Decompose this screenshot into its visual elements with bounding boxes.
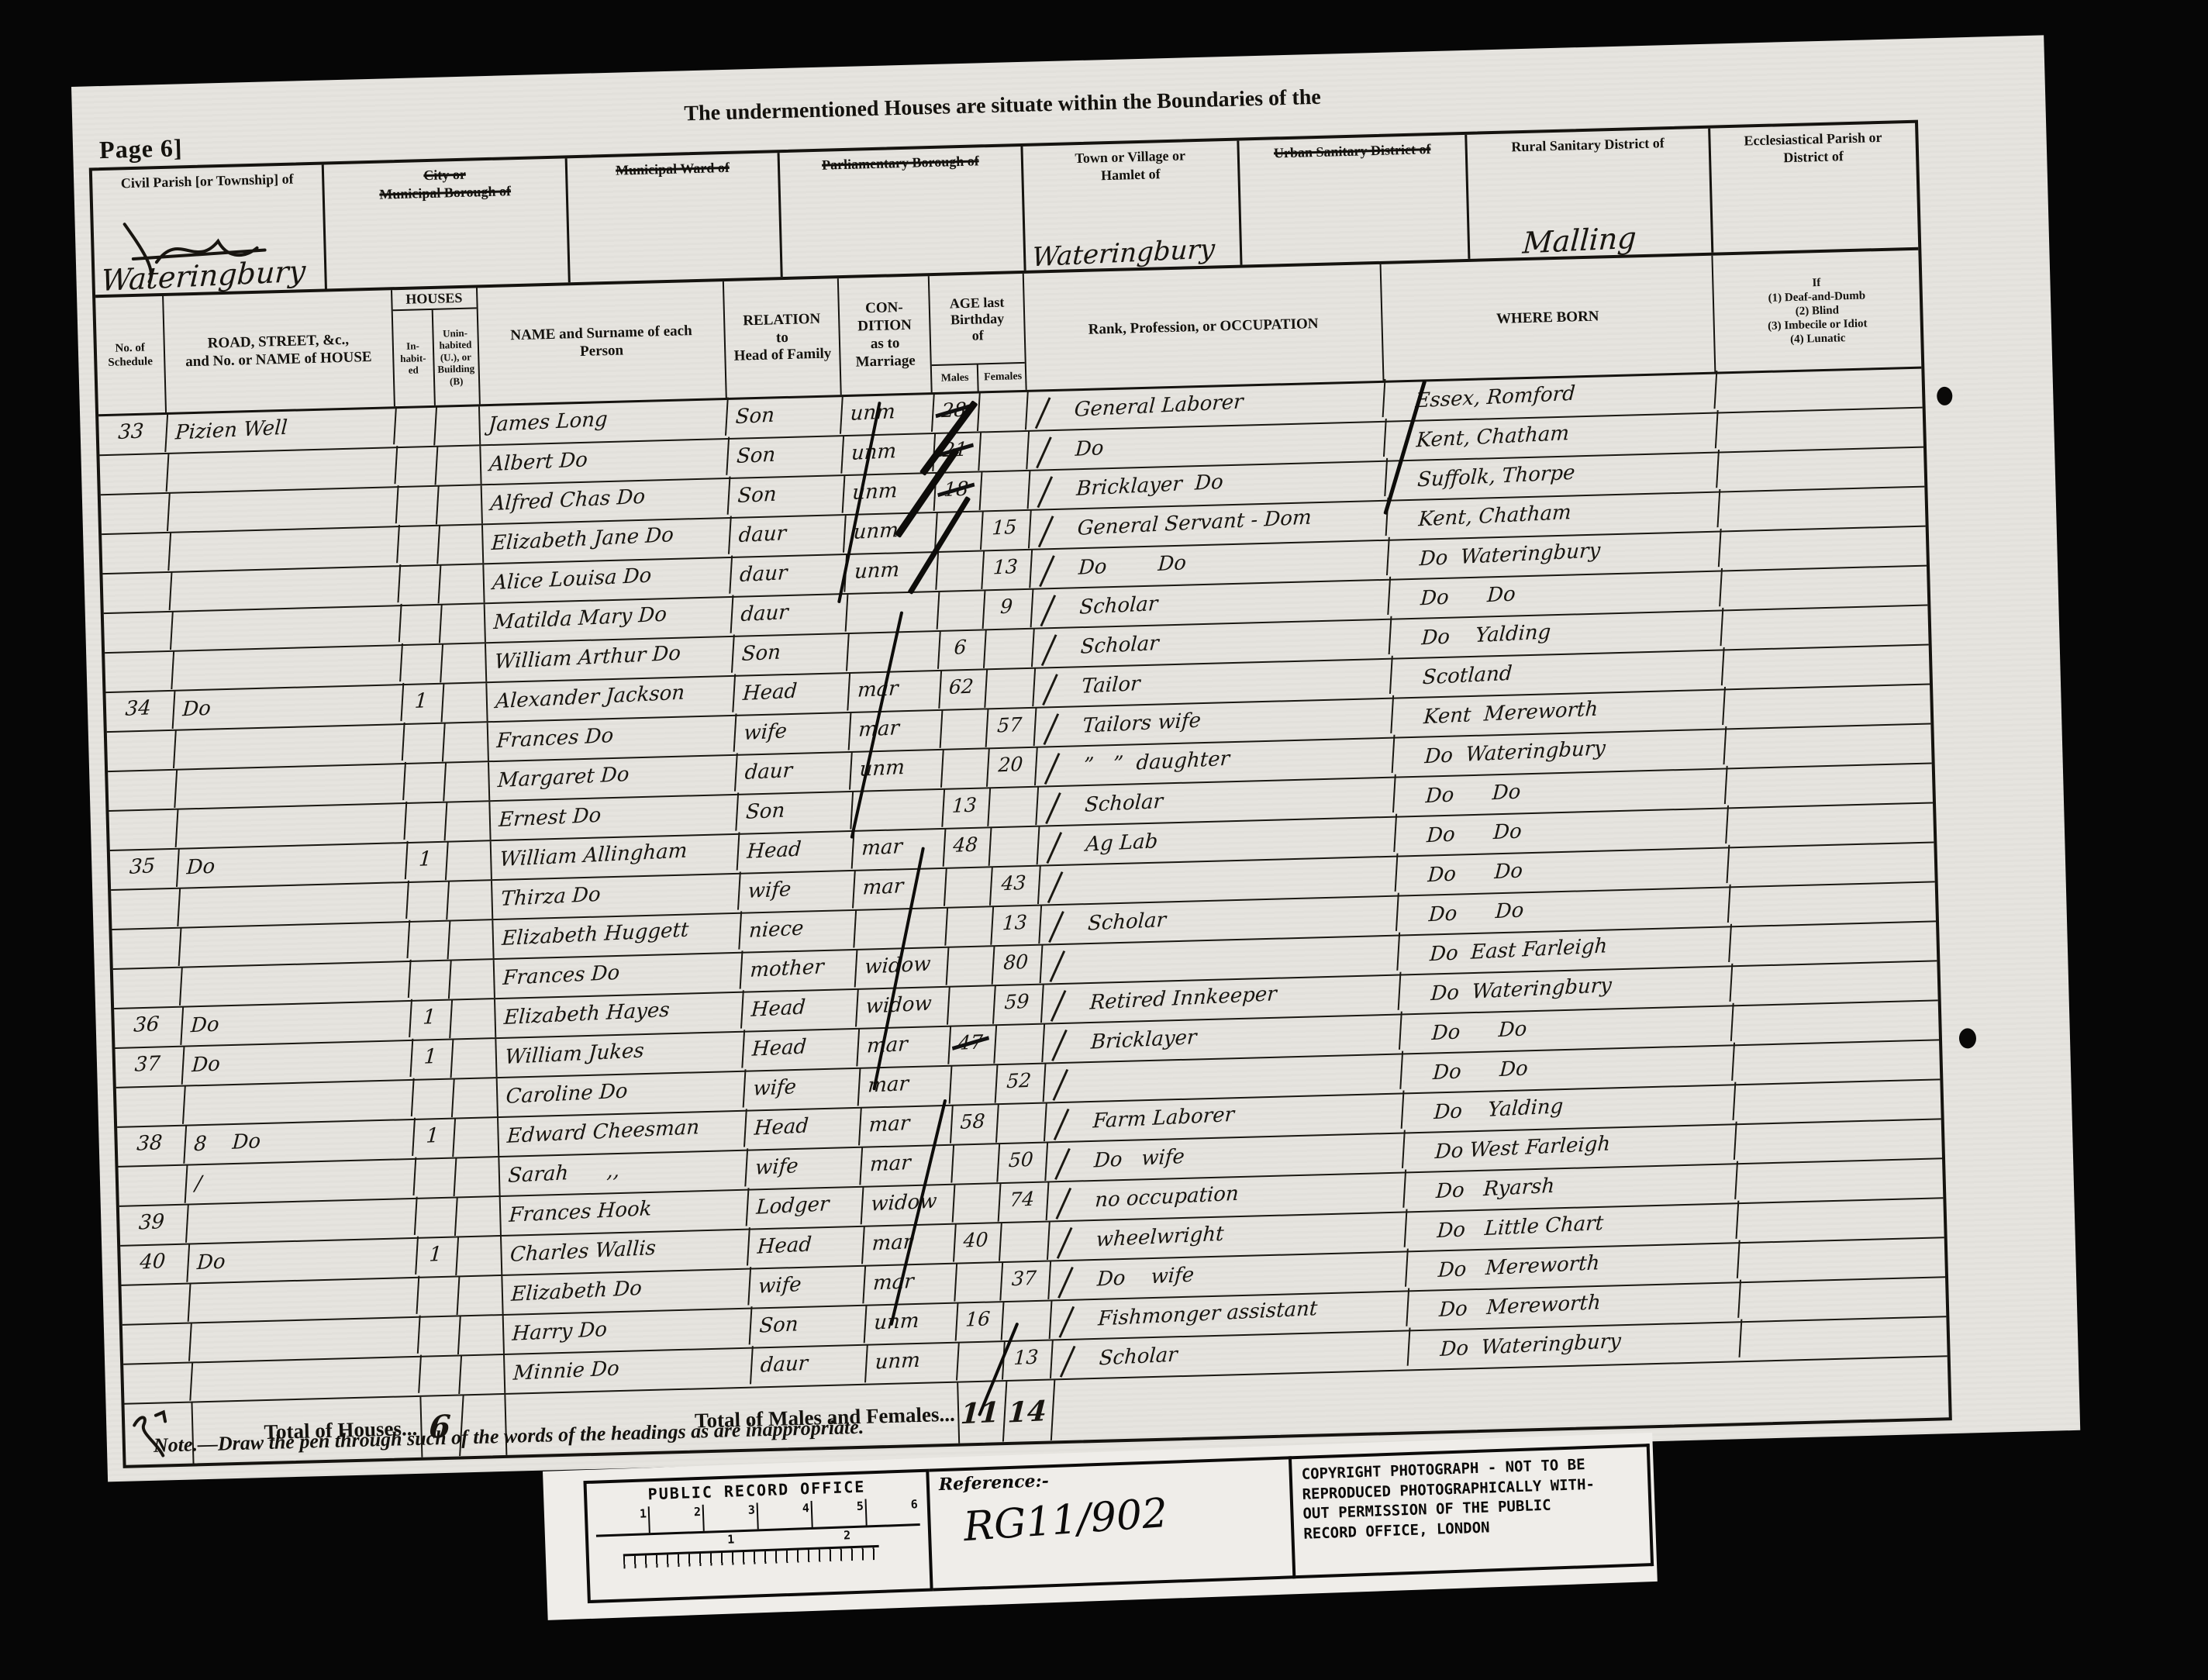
col-header-condition: CON- DITION as to Marriage [839,276,933,395]
condition-cell: mar [849,710,942,753]
field-value-handwriting: Malling [1522,219,1706,257]
houses-inhabited-cell [400,605,443,645]
age-males-cell [946,907,995,947]
infirmity-cell [1734,1040,1940,1084]
col-header-relation: RELATION to Head of Family [724,278,841,398]
houses-inhabited-cell: 1 [411,1040,454,1080]
age-males-cell: 58 [950,1104,999,1144]
age-females-cell: 52 [996,1064,1047,1104]
field-parliamentary-borough: Parliamentary Borough of [780,147,1026,277]
age-males-cell: 16 [956,1302,1005,1342]
col-header-males: Males [932,364,979,392]
col-header-uninhabited: Unin- habited (U.), or Building (B) [433,309,478,405]
houses-inhabited-cell [403,723,446,764]
schedule-number-cell [110,888,180,930]
houses-inhabited-cell [408,921,450,961]
schedule-number-cell [112,928,181,969]
schedule-number-cell [106,730,176,771]
age-males-cell [935,512,984,552]
stamp-office-box: PUBLIC RECORD OFFICE 1 2 3 4 5 6 1 2 [583,1469,933,1603]
age-females-cell [981,471,1031,511]
enumerator-tick-mark [1044,753,1061,785]
houses-inhabited-cell [405,802,447,843]
houses-uninhabited-cell [461,1355,506,1394]
relation-cell: daur [730,514,846,557]
total-females-value: 14 [1004,1380,1055,1443]
col-header-inhabited: In- habit- ed [392,310,435,406]
age-males-cell [947,985,996,1026]
schedule-number-cell [102,572,172,613]
age-females-cell [985,668,1036,709]
age-males-cell [957,1341,1006,1382]
field-label: Town or Village or Hamlet of [1029,146,1231,186]
age-males-cell: 40 [954,1223,1002,1263]
ruler-cm-cell: 1 [595,1506,650,1534]
schedule-number-cell: 39 [119,1205,188,1246]
age-females-cell: 20 [988,747,1038,788]
age-females-cell: 50 [998,1143,1048,1183]
scanned-census-page: { "page": { "page_label": "Page 6]", "ti… [0,0,2208,1680]
condition-cell: mar [852,829,945,871]
col-header-name: NAME and Surname of each Person [478,281,728,404]
age-males-cell: 47 [949,1025,998,1065]
field-label: Civil Parish [or Township] of [98,170,316,193]
relation-cell: Head [743,1028,860,1071]
condition-cell: mar [864,1263,957,1306]
infirmity-cell [1716,369,1922,412]
ink-blob [1959,1028,1977,1049]
infirmity-cell [1728,843,1934,886]
houses-inhabited-cell: 1 [413,1119,456,1159]
schedule-number-cell [116,1086,185,1127]
condition-cell: mar [857,1026,950,1068]
houses-uninhabited-cell [441,643,487,682]
field-label: Parliamentary Borough of [786,151,1015,174]
age-males-cell [955,1262,1004,1302]
relation-cell: Son [728,435,844,478]
field-town-village: Town or Village or Hamlet of Wateringbur… [1023,141,1242,271]
ink-blob [1937,387,1953,406]
col-header-females: Females [978,364,1027,392]
houses-inhabited-cell [404,763,447,803]
ruler-cm-cell: 4 [758,1501,813,1529]
col-header-occupation: Rank, Profession, or OCCUPATION [1024,264,1384,390]
enumerator-tick-mark [1048,911,1064,943]
schedule-number-cell [101,533,171,574]
houses-uninhabited-cell [450,960,495,999]
census-table: Civil Parish [or Township] of Wateringbu… [89,120,1952,1468]
enumerator-tick-mark [1054,1109,1070,1140]
infirmity-cell [1719,488,1925,531]
relation-cell: wife [739,870,855,913]
infirmity-cell [1736,1119,1942,1163]
schedule-number-cell: 40 [119,1244,189,1285]
houses-uninhabited-cell [456,1197,502,1236]
relation-cell: niece [740,909,857,953]
schedule-number-cell: 35 [109,849,179,890]
schedule-number-cell [103,612,173,653]
houses-inhabited-cell [416,1198,458,1238]
infirmity-cell [1718,448,1924,492]
schedule-number-cell: 36 [113,1007,183,1048]
stamp-copyright-text: COPYRIGHT PHOTOGRAPH - NOT TO BE REPRODU… [1301,1454,1640,1545]
houses-uninhabited-cell [440,604,486,643]
schedule-number-cell [118,1165,188,1206]
infirmity-cell [1723,646,1930,689]
enumerator-tick-mark [1036,436,1052,468]
schedule-number-cell [121,1284,191,1325]
houses-inhabited-cell: 1 [410,1000,453,1040]
houses-uninhabited-cell [446,802,492,840]
age-females-cell [1002,1301,1053,1341]
age-females-cell: 15 [982,510,1032,550]
houses-uninhabited-cell [437,485,483,524]
age-males-cell: 48 [944,828,992,868]
enumerator-tick-mark [1040,595,1056,626]
houses-uninhabited-cell [454,1118,499,1157]
relation-cell: mother [741,949,857,992]
houses-uninhabited-cell [453,1078,499,1117]
enumerator-tick-mark [1049,950,1065,982]
age-males-cell [947,947,995,987]
houses-inhabited-cell [395,407,437,447]
schedule-number-cell: 33 [98,414,167,455]
enumerator-tick-mark [1041,634,1057,666]
age-females-cell [979,431,1030,471]
houses-inhabited-cell [398,526,440,566]
enumerator-tick-mark [1037,476,1053,508]
infirmity-cell [1730,882,1936,926]
ruler-cm-cell: 6 [866,1497,919,1525]
age-females-cell [997,1103,1047,1144]
relation-cell: wife [735,712,851,755]
enumerator-tick-mark [1039,555,1055,587]
schedule-number-cell [112,968,182,1009]
enumerator-tick-mark [1058,1306,1075,1338]
col-header-age-group: AGE last Birthday of Males Females [930,274,1027,392]
field-ecclesiastical-parish: Ecclesiastical Parish or District of [1710,123,1918,253]
age-males-cell [941,749,990,789]
age-females-cell: 74 [999,1182,1050,1223]
enumerator-tick-mark [1054,1148,1071,1180]
enumerator-tick-mark [1057,1267,1074,1299]
relation-cell: daur [731,554,847,597]
col-header-age: AGE last Birthday of [930,274,1025,364]
houses-inhabited-cell [401,644,443,685]
infirmity-cell [1724,685,1930,729]
age-females-cell: 57 [987,708,1037,748]
age-females-cell [988,787,1039,827]
age-males-cell: 13 [943,788,992,829]
houses-uninhabited-cell [447,841,492,880]
age-females-cell: 80 [993,945,1044,985]
col-header-road: ROAD, STREET, &c., and No. or NAME of HO… [164,290,395,412]
field-label: Urban Sanitary District of [1245,140,1458,163]
age-females-cell: 59 [994,985,1044,1025]
relation-cell: Son [737,791,854,834]
col-header-schedule: No. of Schedule [95,296,167,414]
condition-cell [846,592,939,634]
enumerator-tick-mark [1038,516,1054,547]
houses-inhabited-cell [397,486,440,526]
enumerator-tick-mark [1051,1030,1068,1061]
infirmity-cell [1740,1278,1946,1321]
census-rows: 33Pizien WellJames LongSonunm28General L… [98,369,1948,1405]
col-header-houses-group: HOUSES In- habit- ed Unin- habited (U.),… [392,288,481,406]
infirmity-cell [1717,409,1923,452]
infirmity-cell [1734,1080,1941,1123]
condition-cell: unm [841,394,934,436]
col-header-houses: HOUSES [392,288,477,311]
relation-cell: Head [734,672,850,716]
enumerator-tick-mark [1052,1069,1068,1101]
schedule-number-cell: 38 [116,1126,186,1167]
houses-uninhabited-cell [450,999,496,1038]
enumerator-tick-mark [1055,1188,1071,1219]
condition-cell: widow [857,986,950,1029]
relation-cell: Head [745,1107,861,1150]
enumerator-tick-mark [1051,990,1067,1022]
schedule-number-cell: 37 [115,1047,185,1088]
houses-uninhabited-cell [447,881,493,919]
enumerator-tick-mark [1057,1227,1073,1259]
houses-inhabited-cell [407,881,450,922]
houses-uninhabited-cell [458,1276,504,1315]
total-males-value: 11 [957,1381,1007,1444]
enumerator-tick-mark [1042,674,1058,705]
enumerator-tick-mark [1060,1346,1076,1378]
schedule-number-cell [109,809,178,850]
houses-inhabited-cell [414,1158,457,1199]
infirmity-cell [1720,527,1927,571]
age-females-cell [1000,1222,1051,1262]
houses-uninhabited-cell [457,1237,502,1275]
ecclesiastical-scrawl-handwriting [109,212,281,287]
field-value-handwriting: Wateringbury [1031,235,1234,271]
condition-cell: mar [854,868,947,911]
age-males-cell [952,1144,1001,1184]
relation-cell: daur [751,1344,868,1388]
ruler-cm-cell: 3 [704,1502,759,1530]
houses-inhabited-cell: 1 [402,684,444,724]
field-label: Ecclesiastical Parish or District of [1716,128,1910,167]
age-females-cell [978,392,1029,432]
relation-cell: Son [750,1305,867,1348]
houses-uninhabited-cell [443,683,488,722]
condition-cell: mar [861,1144,954,1187]
field-rural-sanitary: Rural Sanitary District of Malling [1467,129,1713,259]
relation-cell: Son [726,395,843,439]
age-females-cell: 13 [982,550,1033,590]
houses-inhabited-cell [417,1277,460,1317]
age-females-cell [995,1024,1045,1064]
ruler-in-number: 1 [727,1532,735,1546]
age-females-cell: 13 [992,906,1042,946]
age-females-cell: 13 [1003,1340,1054,1381]
houses-inhabited-cell [409,961,452,1001]
condition-cell [851,789,944,832]
relation-cell: wife [747,1147,863,1190]
field-label: Municipal Ward of [574,157,772,180]
age-males-cell [937,551,985,592]
condition-cell: mar [848,671,941,713]
relation-cell: Head [748,1226,864,1269]
houses-inhabited-cell [412,1079,455,1119]
field-urban-sanitary: Urban Sanitary District of [1239,135,1470,265]
houses-inhabited-cell: 1 [406,842,449,882]
field-municipal-borough: City or Municipal Borough of [324,158,571,288]
ruler-cm-cell: 5 [812,1499,868,1526]
infirmity-cell [1741,1317,1947,1361]
schedule-number-cell [107,770,177,811]
age-females-cell: 9 [984,589,1034,630]
houses-uninhabited-cell [443,723,489,761]
relation-cell: daur [732,593,848,636]
stamp-reference-box: Reference:- RG11/902 [929,1456,1295,1591]
houses-uninhabited-cell [455,1157,501,1196]
field-municipal-ward: Municipal Ward of [568,153,783,282]
schedule-number-cell [99,454,169,495]
age-males-cell: 6 [938,630,987,671]
houses-inhabited-cell [419,1316,461,1357]
enumerator-tick-mark [1043,713,1059,745]
schedule-number-cell [104,651,174,692]
ruler-in-number: 2 [844,1528,851,1542]
relation-cell: Head [742,988,858,1032]
age-males-cell [940,709,989,750]
age-females-cell [990,826,1040,867]
condition-cell: widow [861,1184,954,1226]
schedule-number-cell: 34 [105,691,175,732]
houses-uninhabited-cell [449,920,495,959]
age-males-cell [944,868,993,908]
field-label: Rural Sanitary District of [1473,133,1702,157]
stamp-copyright-box: COPYRIGHT PHOTOGRAPH - NOT TO BE REPRODU… [1292,1444,1654,1578]
houses-uninhabited-cell [444,762,490,801]
condition-cell [854,907,947,950]
houses-inhabited-cell [395,447,438,487]
stamp-reference-value-handwriting: RG11/902 [962,1482,1282,1551]
enumerator-tick-mark [1045,792,1061,824]
col-header-where-born: WHERE BORN [1381,256,1716,381]
col-header-infirmity: If (1) Deaf-and-Dumb (2) Blind (3) Imbec… [1713,250,1921,372]
condition-cell: unm [864,1302,957,1345]
infirmity-cell [1722,606,1928,650]
relation-cell: daur [736,751,852,795]
age-females-cell: 43 [991,866,1041,906]
infirmity-cell [1731,961,1937,1005]
age-males-cell [950,1064,999,1105]
houses-uninhabited-cell [435,406,481,445]
schedule-number-cell [122,1362,192,1403]
houses-uninhabited-cell [436,446,482,485]
enumerator-tick-mark [1035,397,1051,429]
infirmity-cell [1739,1238,1945,1282]
schedule-number-cell [122,1323,191,1364]
condition-cell: unm [844,512,937,555]
age-males-cell: 62 [940,670,988,710]
relation-cell: wife [750,1265,866,1309]
relation-cell: Lodger [747,1186,864,1230]
houses-uninhabited-cell [438,525,484,564]
houses-uninhabited-cell [459,1316,505,1354]
field-label: City or Municipal Borough of [330,164,560,205]
age-females-cell [985,629,1035,669]
relation-cell: wife [744,1068,861,1111]
infirmity-cell [1730,922,1937,965]
enumerator-tick-mark [1047,871,1064,903]
houses-inhabited-cell [398,565,441,605]
infirmity-cell [1727,764,1933,807]
relation-cell: Son [729,474,845,518]
condition-cell: unm [866,1342,959,1385]
houses-inhabited-cell [419,1356,462,1396]
infirmity-cell [1737,1159,1943,1202]
age-males-cell: 18 [934,472,983,512]
age-males-cell [953,1183,1002,1223]
houses-uninhabited-cell [440,564,485,603]
infirmity-cell [1727,803,1934,847]
age-females-cell: 37 [1001,1261,1051,1302]
relation-cell: Head [738,830,854,874]
enumerator-tick-mark [1046,832,1062,864]
ruler-cm-cell: 2 [650,1505,705,1533]
infirmity-cell [1725,725,1931,768]
census-page-paper: Page 6] The undermentioned Houses are si… [71,35,2080,1482]
schedule-number-cell [100,493,170,534]
age-males-cell [937,591,986,631]
houses-inhabited-cell: 1 [416,1237,459,1278]
infirmity-cell [1737,1199,1944,1242]
infirmity-cell [1733,1001,1939,1044]
houses-uninhabited-cell [452,1039,498,1078]
infirmity-cell [1721,567,1927,610]
relation-cell: Son [733,633,849,676]
